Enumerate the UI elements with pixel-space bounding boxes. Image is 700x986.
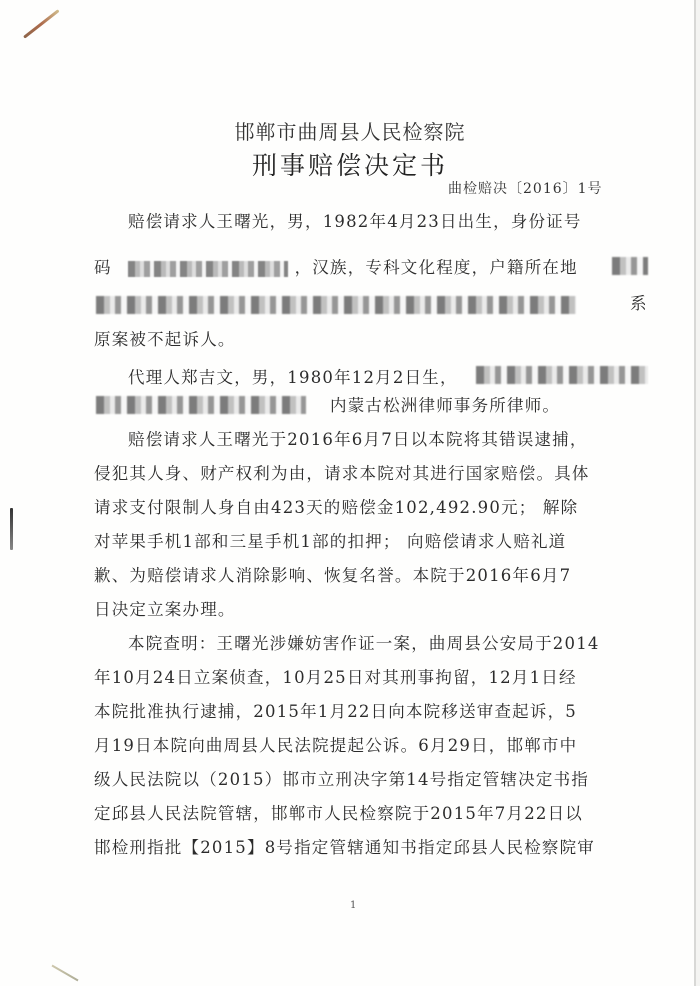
body-line: 原案被不起诉人。 (94, 330, 654, 350)
body-line: 日决定立案办理。 (94, 600, 654, 620)
body-line: 月19日本院向曲周县人民法院提起公诉。6月29日，邯郸市中 (94, 736, 654, 756)
scanned-document-page: 邯郸市曲周县人民检察院 刑事赔偿决定书 曲检赔决〔2016〕1号 赔偿请求人王曙… (0, 0, 700, 986)
body-line: 级人民法院以（2015）邯市立刑决字第14号指定管辖决定书指 (94, 770, 654, 790)
staple-mark-icon (52, 965, 79, 982)
body-line: 本院查明：王曙光涉嫌妨害作证一案，曲周县公安局于2014 (128, 634, 654, 654)
redacted-address (612, 257, 648, 275)
page-number: 1 (350, 900, 356, 911)
body-line: 定邱县人民法院管辖，邯郸市人民检察院于2015年7月22日以 (94, 804, 654, 824)
binder-hole-mark (10, 508, 13, 550)
body-text: 码 (94, 258, 112, 277)
body-line: 对苹果手机1部和三星手机1部的扣押； 向赔偿请求人赔礼道 (94, 532, 654, 552)
redacted-agent-info (476, 366, 648, 384)
document-number: 曲检赔决〔2016〕1号 (448, 178, 603, 198)
body-line: 本院批准执行逮捕，2015年1月22日向本院移送审查起诉，5 (94, 702, 654, 722)
redacted-id-number (128, 261, 288, 277)
document-title: 刑事赔偿决定书 (0, 146, 700, 182)
body-line: 赔偿请求人王曙光，男，1982年4月23日出生，身份证号 (128, 212, 654, 232)
body-line: 请求支付限制人身自由423天的赔偿金102,492.90元； 解除 (94, 498, 654, 518)
body-line: 内蒙古松洲律师事务所律师。 (330, 396, 650, 416)
organization-name: 邯郸市曲周县人民检察院 (0, 116, 700, 145)
body-line: 系 (630, 294, 660, 314)
redacted-address (96, 296, 576, 314)
body-text: ，汉族，专科文化程度，户籍所在地 (295, 258, 578, 277)
body-line: 邯检刑指批【2015】8号指定管辖通知书指定邱县人民检察院审 (94, 838, 654, 858)
body-line: 码 ，汉族，专科文化程度，户籍所在地 (94, 258, 654, 278)
body-line: 赔偿请求人王曙光于2016年6月7日以本院将其错误逮捕， (128, 430, 654, 450)
staple-mark-icon (23, 9, 60, 38)
body-line: 歉、为赔偿请求人消除影响、恢复名誉。本院于2016年6月7 (94, 566, 654, 586)
redacted-agent-info (96, 396, 306, 414)
body-line: 侵犯其人身、财产权利为由，请求本院对其进行国家赔偿。具体 (94, 464, 654, 484)
body-line: 年10月24日立案侦查，10月25日对其刑事拘留，12月1日经 (94, 668, 654, 688)
